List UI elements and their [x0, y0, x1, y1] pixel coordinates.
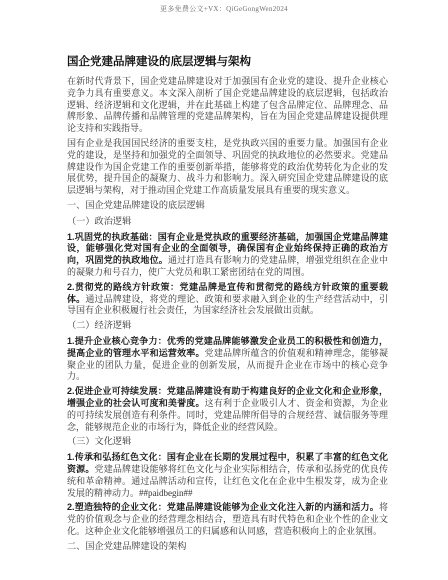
political-logic-item-2-body: 通过品牌建设，将党的理论、政策和要求融入到企业的生产经营活动中，引导国有企业积极…	[67, 294, 388, 316]
document-page: 更多免费公文+VX：QiGeGongWen2024 国企党建品牌建设的底层逻辑与…	[0, 0, 448, 580]
culture-logic-item-1: 1.传承和弘扬红色文化：国有企业在长期的发展过程中，积累了丰富的红色文化资源。党…	[67, 452, 388, 499]
section-1-heading: 一、国企党建品牌建设的底层逻辑	[67, 200, 388, 212]
subsection-2-heading: （二）经济逻辑	[67, 320, 388, 332]
culture-logic-item-2: 2.塑造独特的企业文化：党建品牌建设能够为企业文化注入新的内涵和活力。将党的价值…	[67, 502, 388, 537]
culture-logic-item-2-lead: 2.塑造独特的企业文化：党建品牌建设能够为企业文化注入新的内涵和活力。	[67, 502, 379, 512]
subsection-3-heading: （三）文化逻辑	[67, 436, 388, 448]
culture-logic-item-1-body: 党建品牌建设能够将红色文化与企业实际相结合，传承和弘扬党的优良传统和革命精神。通…	[67, 464, 388, 498]
document-content: 国企党建品牌建设的底层逻辑与架构 在新时代背景下，国企党建品牌建设对于加强国有企…	[67, 56, 388, 556]
political-logic-item-1: 1.巩固党的执政基础：国有企业是党执政的重要经济基础，加强国企党建品牌建设，能够…	[67, 232, 388, 279]
economic-logic-item-2: 2.促进企业可持续发展：党建品牌建设有助于构建良好的企业文化和企业形象，增强企业…	[67, 386, 388, 433]
watermark-note: 更多免费公文+VX：QiGeGongWen2024	[0, 4, 448, 14]
section-2-heading: 二、国企党建品牌建设的架构	[67, 541, 388, 553]
subsection-1-heading: （一）政治逻辑	[67, 216, 388, 228]
document-title: 国企党建品牌建设的底层逻辑与架构	[67, 56, 388, 69]
economic-logic-item-1: 1.提升企业核心竞争力：优秀的党建品牌能够激发企业员工的积极性和创造力，提高企业…	[67, 336, 388, 383]
intro-paragraph-2: 国有企业是我国国民经济的重要支柱，是党执政兴国的重要力量。加强国有企业党的建设，…	[67, 138, 388, 197]
political-logic-item-2: 2.贯彻党的路线方针政策：党建品牌是宣传和贯彻党的路线方针政策的重要载体。通过品…	[67, 282, 388, 317]
intro-paragraph-1: 在新时代背景下，国企党建品牌建设对于加强国有企业党的建设、提升企业核心竞争力具有…	[67, 76, 388, 135]
